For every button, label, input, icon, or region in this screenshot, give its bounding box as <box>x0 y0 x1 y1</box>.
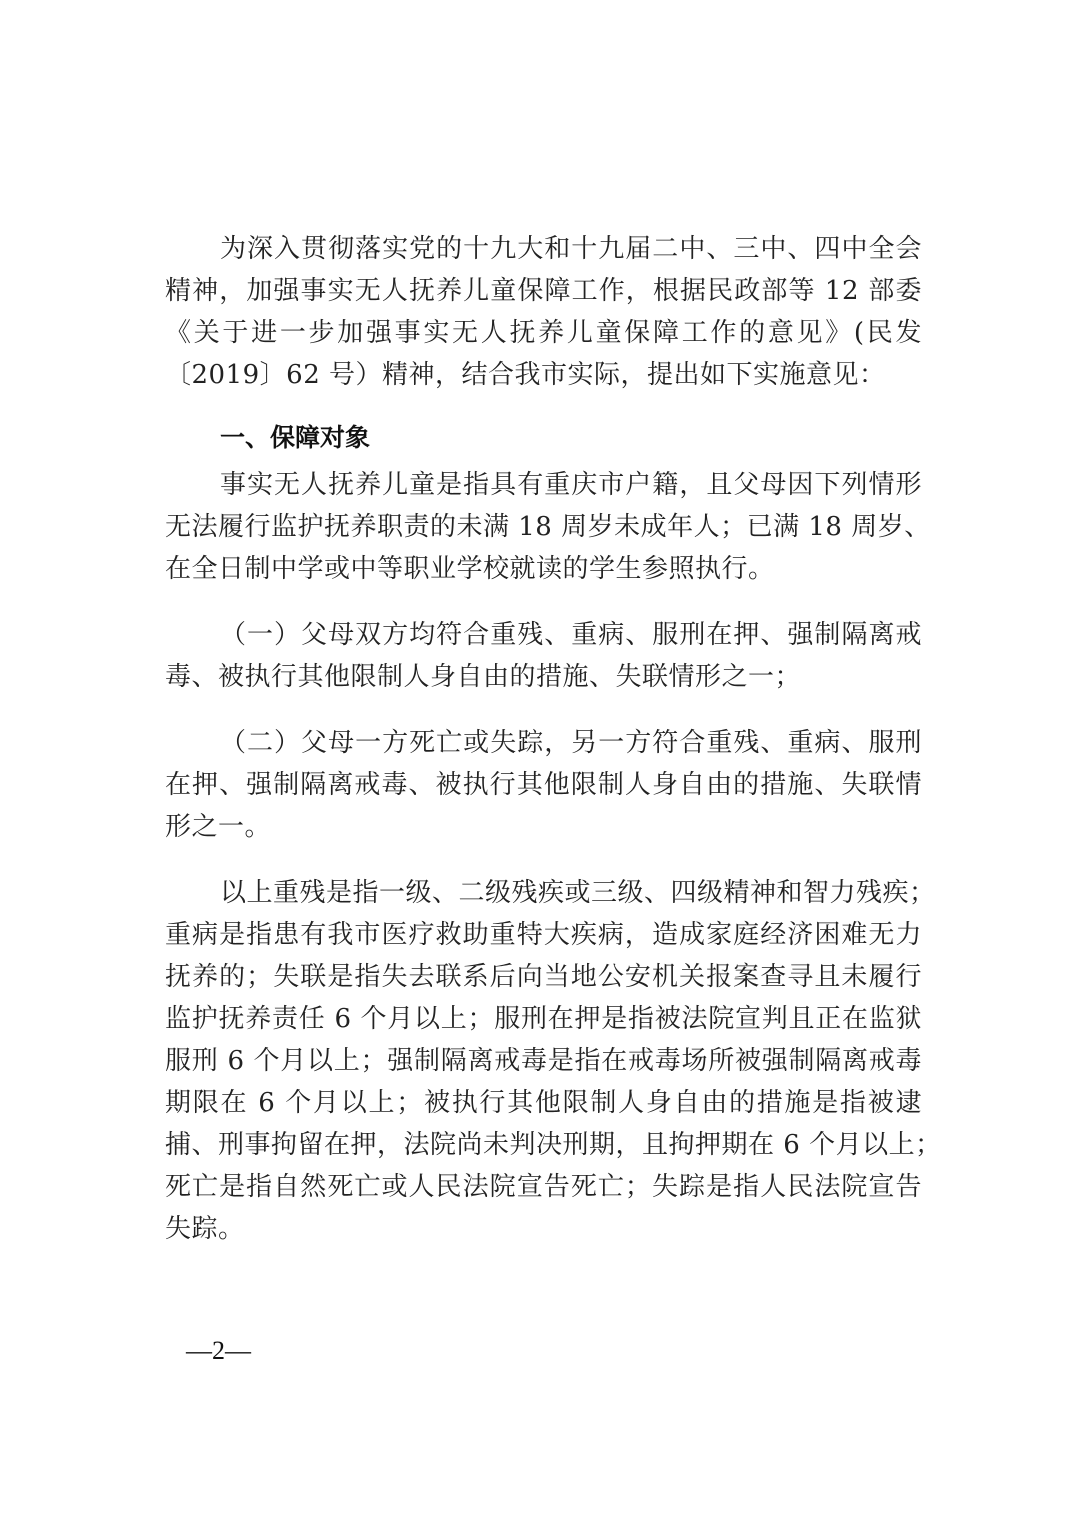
item-1-paragraph: （一）父母双方均符合重残、重病、服刑在押、强制隔离戒 毒、被执行其他限制人身自由… <box>165 614 922 698</box>
text-line: （一）父母双方均符合重残、重病、服刑在押、强制隔离戒 <box>165 614 922 656</box>
document-page: 为深入贯彻落实党的十九大和十九届二中、三中、四中全会 精神，加强事实无人抚养儿童… <box>0 0 1075 1519</box>
text-line: 以上重残是指一级、二级残疾或三级、四级精神和智力残疾； <box>165 872 922 914</box>
text-line: 精神，加强事实无人抚养儿童保障工作，根据民政部等 12 部委 <box>165 270 922 312</box>
text-line: 为深入贯彻落实党的十九大和十九届二中、三中、四中全会 <box>165 228 922 270</box>
intro-paragraph: 为深入贯彻落实党的十九大和十九届二中、三中、四中全会 精神，加强事实无人抚养儿童… <box>165 228 922 396</box>
text-line: 期限在 6 个月以上；被执行其他限制人身自由的措施是指被逮 <box>165 1082 922 1124</box>
text-line: 监护抚养责任 6 个月以上；服刑在押是指被法院宣判且正在监狱 <box>165 998 922 1040</box>
text-line: 失踪。 <box>165 1208 922 1250</box>
item-2-paragraph: （二）父母一方死亡或失踪，另一方符合重残、重病、服刑 在押、强制隔离戒毒、被执行… <box>165 722 922 848</box>
text-line: 形之一。 <box>165 806 922 848</box>
explanation-paragraph: 以上重残是指一级、二级残疾或三级、四级精神和智力残疾； 重病是指患有我市医疗救助… <box>165 872 922 1250</box>
text-line: （二）父母一方死亡或失踪，另一方符合重残、重病、服刑 <box>165 722 922 764</box>
definition-paragraph: 事实无人抚养儿童是指具有重庆市户籍，且父母因下列情形 无法履行监护抚养职责的未满… <box>165 464 922 590</box>
text-line: 事实无人抚养儿童是指具有重庆市户籍，且父母因下列情形 <box>165 464 922 506</box>
text-line: 〔2019〕62 号）精神，结合我市实际，提出如下实施意见： <box>165 354 922 396</box>
page-number: —2— <box>186 1336 251 1366</box>
document-body: 为深入贯彻落实党的十九大和十九届二中、三中、四中全会 精神，加强事实无人抚养儿童… <box>165 228 922 1250</box>
text-line: 在押、强制隔离戒毒、被执行其他限制人身自由的措施、失联情 <box>165 764 922 806</box>
text-line: 在全日制中学或中等职业学校就读的学生参照执行。 <box>165 548 922 590</box>
text-line: 死亡是指自然死亡或人民法院宣告死亡；失踪是指人民法院宣告 <box>165 1166 922 1208</box>
text-line: 服刑 6 个月以上；强制隔离戒毒是指在戒毒场所被强制隔离戒毒 <box>165 1040 922 1082</box>
text-line: 《关于进一步加强事实无人抚养儿童保障工作的意见》(民发 <box>165 312 922 354</box>
text-line: 无法履行监护抚养职责的未满 18 周岁未成年人；已满 18 周岁、 <box>165 506 922 548</box>
text-line: 重病是指患有我市医疗救助重特大疾病，造成家庭经济困难无力 <box>165 914 922 956</box>
text-line: 抚养的；失联是指失去联系后向当地公安机关报案查寻且未履行 <box>165 956 922 998</box>
text-line: 毒、被执行其他限制人身自由的措施、失联情形之一； <box>165 656 922 698</box>
text-line: 捕、刑事拘留在押，法院尚未判决刑期，且拘押期在 6 个月以上； <box>165 1124 922 1166</box>
section-heading: 一、保障对象 <box>165 416 922 464</box>
